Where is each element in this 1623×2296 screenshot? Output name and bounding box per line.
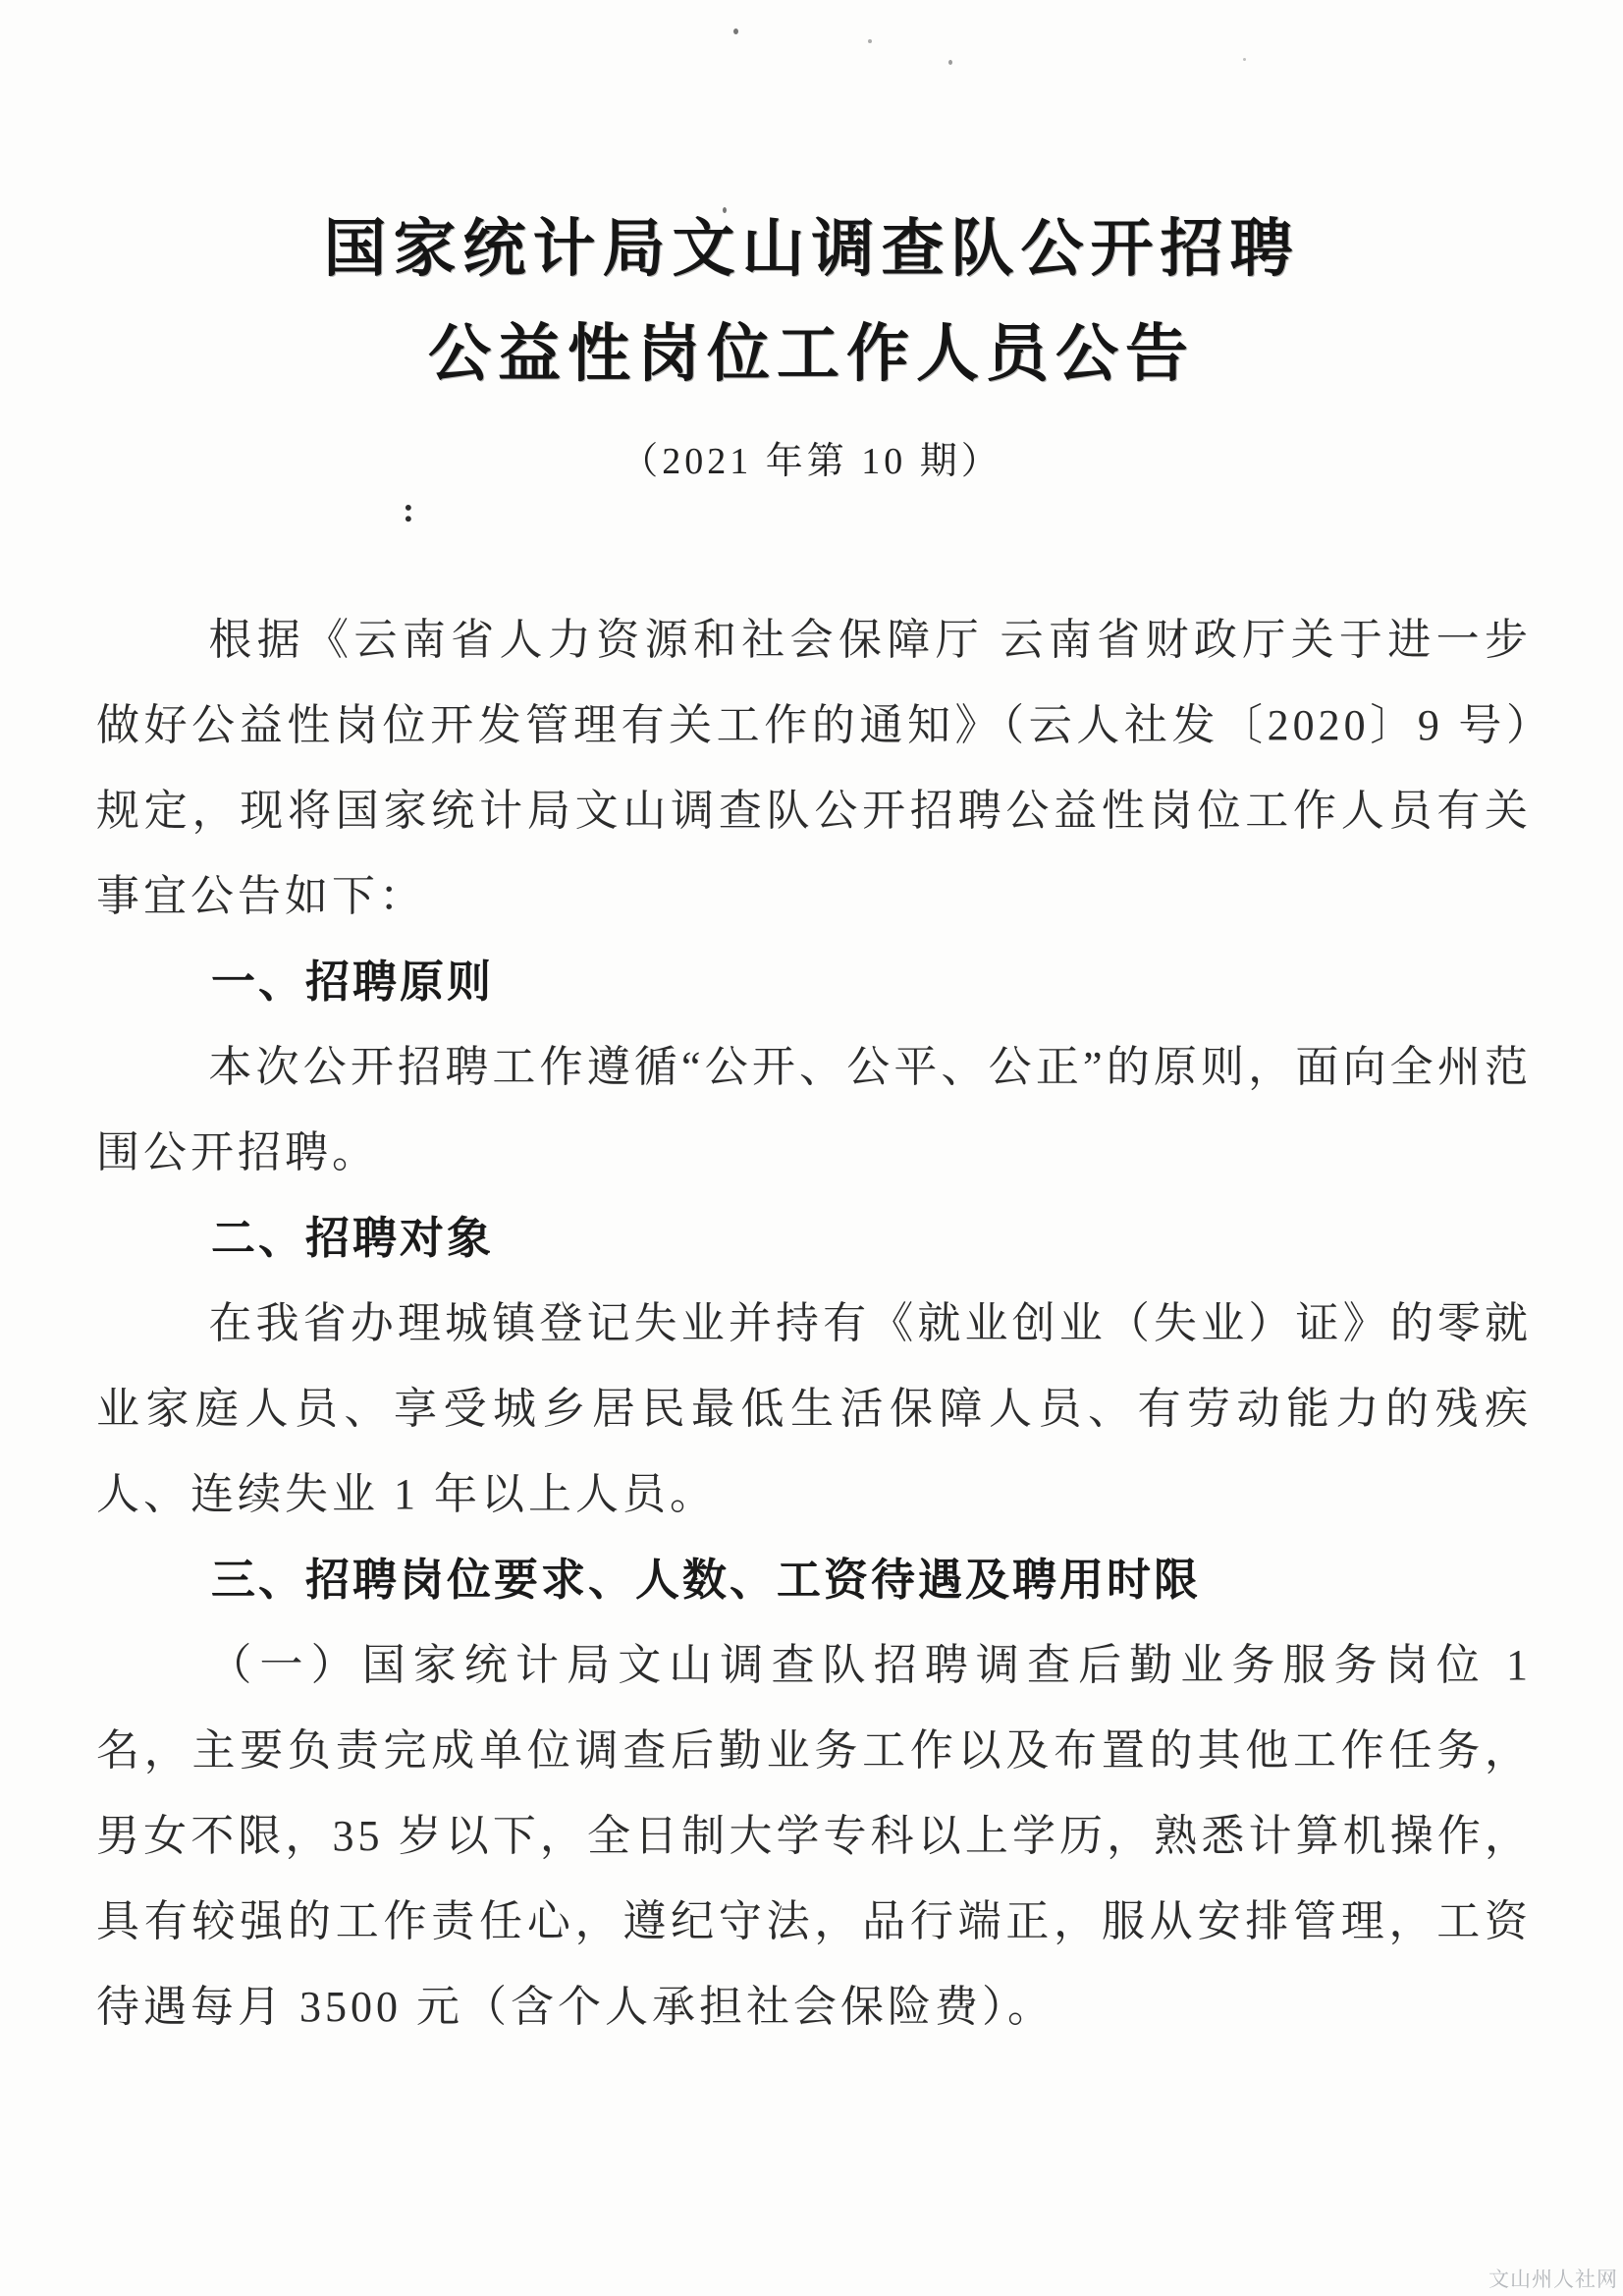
title-line-2: 公益性岗位工作人员公告 bbox=[0, 301, 1623, 407]
paragraph-targets: 在我省办理城镇登记失业并持有《就业创业（失业）证》的零就业家庭人员、享受城乡居民… bbox=[96, 1281, 1532, 1537]
section-heading-2: 二、招聘对象 bbox=[96, 1195, 1532, 1281]
issue-number-subtitle: （2021 年第 10 期） bbox=[0, 438, 1623, 485]
document-title: 国家统计局文山调查队公开招聘 公益性岗位工作人员公告 bbox=[0, 0, 1623, 407]
scan-speck bbox=[948, 60, 952, 65]
paragraph-intro: 根据《云南省人力资源和社会保障厅 云南省财政厅关于进一步做好公益性岗位开发管理有… bbox=[96, 597, 1532, 939]
scanned-document-page: : 国家统计局文山调查队公开招聘 公益性岗位工作人员公告 （2021 年第 10… bbox=[0, 0, 1623, 2296]
section-heading-3: 三、招聘岗位要求、人数、工资待遇及聘用时限 bbox=[96, 1537, 1532, 1622]
paragraph-principle: 本次公开招聘工作遵循“公开、公平、公正”的原则，面向全州范围公开招聘。 bbox=[96, 1024, 1532, 1195]
section-heading-1: 一、招聘原则 bbox=[96, 939, 1532, 1024]
title-line-1: 国家统计局文山调查队公开招聘 bbox=[0, 196, 1623, 301]
document-body: 根据《云南省人力资源和社会保障厅 云南省财政厅关于进一步做好公益性岗位开发管理有… bbox=[96, 597, 1532, 2050]
paragraph-position-details: （一）国家统计局文山调查队招聘调查后勤业务服务岗位 1 名，主要负责完成单位调查… bbox=[96, 1622, 1532, 2050]
scan-speck bbox=[1243, 58, 1246, 61]
scan-speck bbox=[733, 28, 738, 34]
scan-artifact-colon: : bbox=[403, 489, 414, 530]
scan-speck bbox=[868, 39, 872, 43]
site-watermark: 文山州人社网 bbox=[1488, 2264, 1618, 2293]
scan-speck bbox=[723, 207, 727, 213]
